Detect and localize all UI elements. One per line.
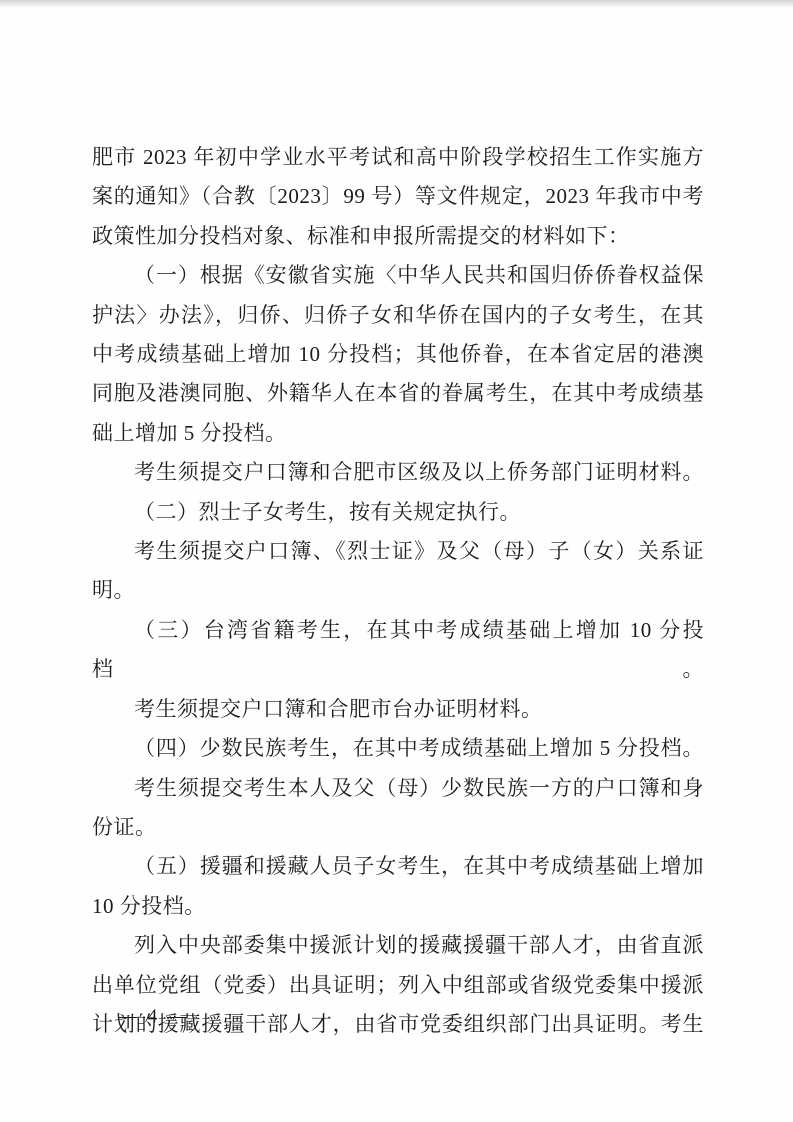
document-line: 出单位党组（党委）出具证明；列入中组部或省级党委集中援派 — [92, 966, 704, 1005]
document-line: （五）援疆和援藏人员子女考生，在其中考成绩基础上增加 — [92, 847, 704, 886]
document-line: 考生须提交户口簿和合肥市区级及以上侨务部门证明材料。 — [92, 453, 704, 492]
document-line: 中考成绩基础上增加 10 分投档；其他侨眷，在本省定居的港澳 — [92, 335, 704, 374]
document-line: 考生须提交户口簿和合肥市台办证明材料。 — [92, 690, 704, 729]
document-line: 政策性加分投档对象、标准和申报所需提交的材料如下： — [92, 217, 704, 256]
page-number: — 4 — — [118, 1004, 190, 1030]
document-line: 案的通知》（合教〔2023〕99 号）等文件规定，2023 年我市中考 — [92, 177, 704, 216]
document-line: （一）根据《安徽省实施〈中华人民共和国归侨侨眷权益保 — [92, 256, 704, 295]
document-line: 列入中央部委集中援派计划的援藏援疆干部人才，由省直派 — [92, 926, 704, 965]
document-line: （二）烈士子女考生，按有关规定执行。 — [92, 493, 704, 532]
document-line: （三）台湾省籍考生，在其中考成绩基础上增加 10 分投档。 — [92, 611, 704, 690]
document-line: 考生须提交户口簿、《烈士证》及父（母）子（女）关系证 — [92, 532, 704, 571]
document-line: 同胞及港澳同胞、外籍华人在本省的眷属考生，在其中考成绩基 — [92, 374, 704, 413]
document-line: 明。 — [92, 571, 704, 610]
document-line: 础上增加 5 分投档。 — [92, 414, 704, 453]
document-line: 10 分投档。 — [92, 887, 704, 926]
document-line: 考生须提交考生本人及父（母）少数民族一方的户口簿和身 — [92, 769, 704, 808]
document-line: （四）少数民族考生，在其中考成绩基础上增加 5 分投档。 — [92, 729, 704, 768]
document-line: 护法〉办法》，归侨、归侨子女和华侨在国内的子女考生，在其 — [92, 296, 704, 335]
document-line: 份证。 — [92, 808, 704, 847]
scan-edge-artifact — [0, 0, 793, 8]
document-line: 肥市 2023 年初中学业水平考试和高中阶段学校招生工作实施方 — [92, 138, 704, 177]
document-page: 肥市 2023 年初中学业水平考试和高中阶段学校招生工作实施方 案的通知》（合教… — [0, 0, 793, 1122]
document-body: 肥市 2023 年初中学业水平考试和高中阶段学校招生工作实施方 案的通知》（合教… — [92, 138, 704, 1044]
